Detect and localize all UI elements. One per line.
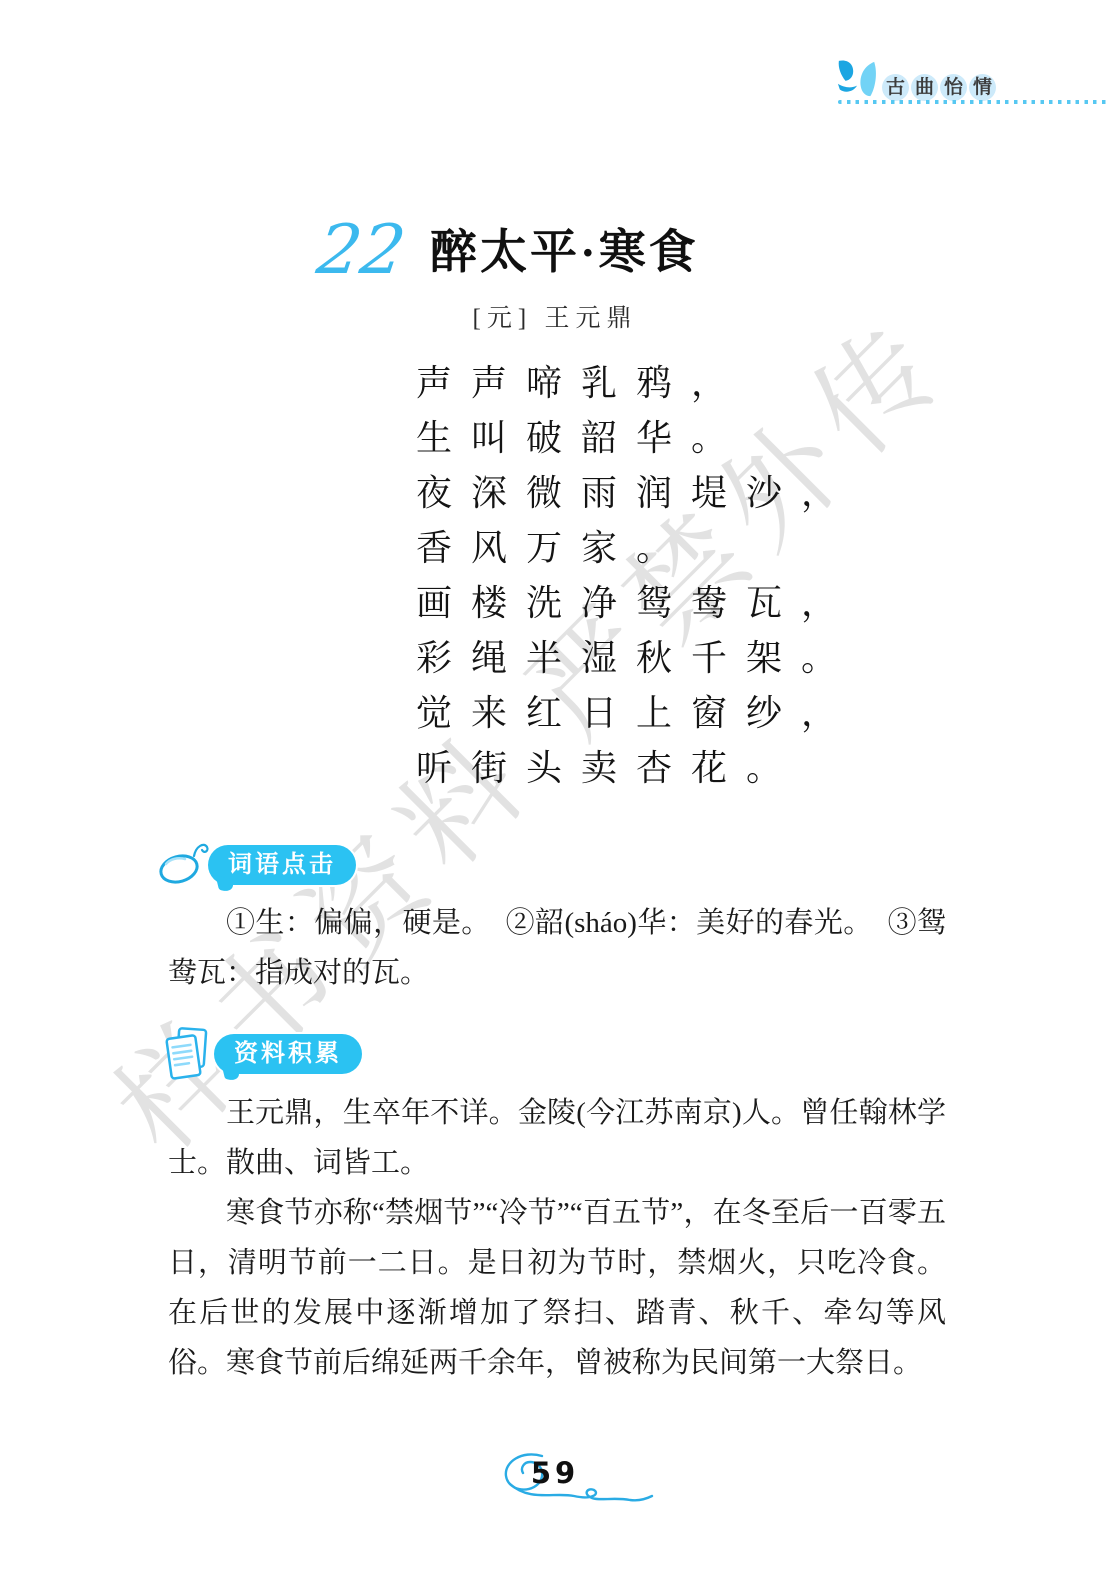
poem-line: 听街头卖杏花。 <box>416 741 856 796</box>
chapter-title: 古 曲 怡 情 <box>882 74 996 101</box>
poem: 声声啼乳鸦， 生叫破韶华。 夜深微雨润堤沙， 香风万家。 画楼洗净鸳鸯瓦， 彩绳… <box>416 356 856 796</box>
poem-line: 彩绳半湿秋千架。 <box>416 631 856 686</box>
dotted-rule <box>838 100 1110 104</box>
chapter-header: 古 曲 怡 情 <box>836 58 1110 106</box>
lesson-title: 醉太平·寒食 <box>430 224 699 282</box>
poem-line: 生叫破韶华。 <box>416 411 856 466</box>
materials-paragraph: 寒食节亦称“禁烟节”“冷节”“百五节”，在冬至后一百零五日，清明节前一二日。是日… <box>168 1188 946 1388</box>
materials-paragraph: 王元鼎，生卒年不详。金陵(今江苏南京)人。曾任翰林学士。散曲、词皆工。 <box>168 1088 946 1188</box>
chapter-title-char: 情 <box>969 74 996 101</box>
poem-line: 声声啼乳鸦， <box>416 356 856 411</box>
page-number: 59 <box>0 1456 1110 1490</box>
poem-line: 香风万家。 <box>416 521 856 576</box>
chapter-title-char: 怡 <box>940 74 967 101</box>
words-section-badge: 词语点击 <box>208 845 356 885</box>
poem-line: 觉来红日上窗纱， <box>416 686 856 741</box>
lesson-number: 22 <box>313 212 410 290</box>
materials-section-badge: 资料积累 <box>214 1034 362 1074</box>
textbook-page: 样书资料 严禁外传 古 曲 怡 情 22 醉太平·寒食 [元] 王元鼎 声声啼乳… <box>0 0 1110 1571</box>
documents-icon <box>162 1026 214 1086</box>
author-line: [元] 王元鼎 <box>0 298 1110 334</box>
chapter-title-char: 古 <box>882 74 909 101</box>
poem-line: 夜深微雨润堤沙， <box>416 466 856 521</box>
leaf-icon <box>836 58 878 100</box>
mouse-icon <box>158 840 212 886</box>
page-content: 古 曲 怡 情 22 醉太平·寒食 [元] 王元鼎 声声啼乳鸦， 生叫破韶华。 … <box>0 0 1110 1571</box>
word-notes: ①生：偏偏，硬是。 ②韶(sháo)华：美好的春光。 ③鸳鸯瓦：指成对的瓦。 <box>168 898 946 998</box>
poem-line: 画楼洗净鸳鸯瓦， <box>416 576 856 631</box>
chapter-title-char: 曲 <box>911 74 938 101</box>
materials-text: 王元鼎，生卒年不详。金陵(今江苏南京)人。曾任翰林学士。散曲、词皆工。 寒食节亦… <box>168 1088 946 1388</box>
